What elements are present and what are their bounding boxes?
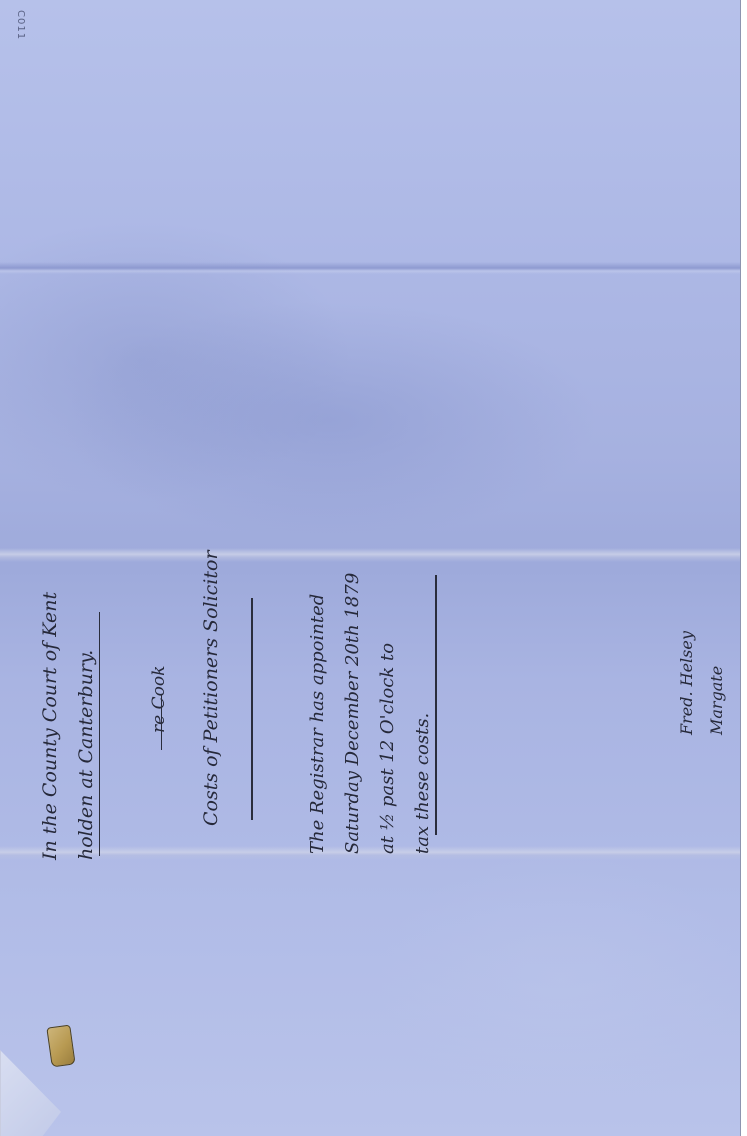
document-sheet: C011 In the County Court of Kent holden … <box>0 0 741 1136</box>
divider-rule <box>435 575 437 835</box>
appointment-line: The Registrar has appointed <box>300 573 335 854</box>
seal-icon <box>46 1025 75 1068</box>
underline-rule <box>99 612 100 856</box>
fold-crease <box>0 548 740 562</box>
signature-place: Margate <box>702 631 732 735</box>
appointment-line: at ½ past 12 O'clock to <box>370 573 405 854</box>
court-heading: In the County Court of Kent holden at Ca… <box>32 592 104 860</box>
archive-reference: C011 <box>15 10 26 40</box>
appointment-note: The Registrar has appointed Saturday Dec… <box>300 573 440 854</box>
appointment-line: Saturday December 20th 1879 <box>335 573 370 854</box>
signature-name: Fred. Helsey <box>672 631 702 735</box>
underline-rule <box>161 694 162 750</box>
solicitor-signature: Fred. Helsey Margate <box>672 631 732 735</box>
fold-crease <box>0 262 740 274</box>
underline-rule <box>251 598 253 820</box>
document-title: Costs of Petitioners Solicitor <box>196 550 226 826</box>
court-heading-line-1: In the County Court of Kent <box>32 592 68 860</box>
case-name: re Cook <box>144 666 174 733</box>
